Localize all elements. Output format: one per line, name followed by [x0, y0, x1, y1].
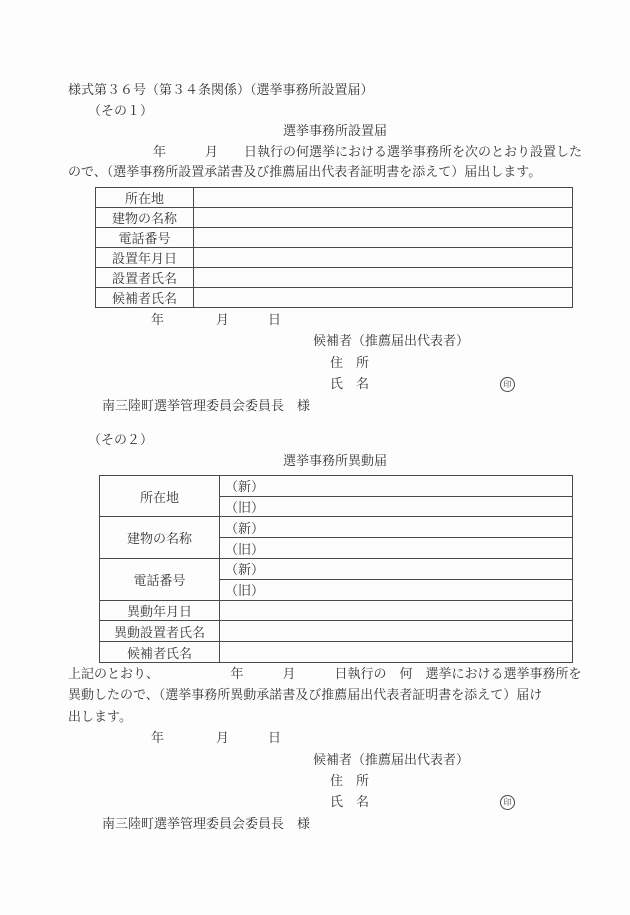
- row-label-building-name: 建物の名称: [100, 517, 220, 559]
- blank-field: [194, 208, 573, 228]
- s2-name-label: 氏 名: [330, 794, 369, 809]
- form-page: 様式第３６号（第３４条関係）（選挙事務所設置届） （その１） 選挙事務所設置届 …: [0, 0, 630, 915]
- row-label-candidate-name: 候補者氏名: [96, 288, 194, 308]
- s2-candidate-heading: 候補者（推薦届出代表者）: [66, 749, 604, 770]
- s2-intro-line2: 異動したので、（選挙事務所異動承諾書及び推薦届出代表者証明書を添えて）届け: [66, 684, 604, 705]
- form-number-line: 様式第３６号（第３４条関係）（選挙事務所設置届）: [66, 80, 604, 101]
- s1-name-line: 氏 名 印: [66, 373, 604, 394]
- old-field: （旧）: [220, 496, 573, 517]
- row-label-location: 所在地: [100, 475, 220, 517]
- row-label-phone: 電話番号: [100, 559, 220, 601]
- row-label-establisher-name: 設置者氏名: [96, 268, 194, 288]
- blank-field: [194, 188, 573, 208]
- row-label-phone: 電話番号: [96, 228, 194, 248]
- table-row: 候補者氏名: [96, 288, 573, 308]
- part1-title: 選挙事務所設置届: [66, 121, 604, 142]
- s1-name-label: 氏 名: [330, 376, 369, 391]
- s2-name-line: 氏 名 印: [66, 791, 604, 812]
- s2-intro-line3: 出します。: [66, 706, 604, 727]
- s1-addressee: 南三陸町選挙管理委員会委員長 様: [66, 395, 604, 416]
- s2-address-label: 住 所: [66, 770, 604, 791]
- row-label-establishment-date: 設置年月日: [96, 248, 194, 268]
- new-field: （新）: [220, 475, 573, 496]
- blank-field: [194, 228, 573, 248]
- s1-intro-line2: ので、（選挙事務所設置承諾書及び推薦届出代表者証明書を添えて）届出します。: [66, 162, 604, 183]
- seal-mark-icon: 印: [500, 377, 515, 392]
- s1-address-label: 住 所: [66, 352, 604, 373]
- table-row: 所在地 （新）: [100, 475, 573, 496]
- row-label-candidate-name: 候補者氏名: [100, 642, 220, 663]
- blank-field: [220, 600, 573, 621]
- old-field: （旧）: [220, 579, 573, 600]
- table-row: 建物の名称: [96, 208, 573, 228]
- part2-title: 選挙事務所異動届: [66, 450, 604, 471]
- s1-candidate-heading: 候補者（推薦届出代表者）: [66, 330, 604, 351]
- table-row: 候補者氏名: [100, 642, 573, 663]
- s1-intro-line1: 年 月 日執行の何選挙における選挙事務所を次のとおり設置した: [66, 142, 604, 163]
- s1-date-line: 年 月 日: [66, 309, 604, 330]
- row-label-building-name: 建物の名称: [96, 208, 194, 228]
- s2-intro-line1: 上記のとおり、 年 月 日執行の 何 選挙における選挙事務所を: [66, 663, 604, 684]
- table-row: 建物の名称 （新）: [100, 517, 573, 538]
- row-label-relocation-date: 異動年月日: [100, 600, 220, 621]
- blank-field: [220, 621, 573, 642]
- table-row: 異動設置者氏名: [100, 621, 573, 642]
- row-label-location: 所在地: [96, 188, 194, 208]
- old-field: （旧）: [220, 538, 573, 559]
- part2-label: （その２）: [66, 429, 604, 450]
- relocation-table: 所在地 （新） （旧） 建物の名称 （新） （旧） 電話番号 （新） （旧） 異…: [99, 475, 573, 663]
- table-row: 所在地: [96, 188, 573, 208]
- blank-field: [220, 642, 573, 663]
- blank-field: [194, 248, 573, 268]
- table-row: 異動年月日: [100, 600, 573, 621]
- new-field: （新）: [220, 517, 573, 538]
- part1-label: （その１）: [66, 101, 604, 122]
- blank-field: [194, 268, 573, 288]
- s2-date-line: 年 月 日: [66, 727, 604, 748]
- blank-field: [194, 288, 573, 308]
- table-row: 設置者氏名: [96, 268, 573, 288]
- seal-mark-icon: 印: [500, 795, 515, 810]
- table-row: 設置年月日: [96, 248, 573, 268]
- table-row: 電話番号 （新）: [100, 559, 573, 580]
- s2-addressee: 南三陸町選挙管理委員会委員長 様: [66, 813, 604, 834]
- establishment-table: 所在地 建物の名称 電話番号 設置年月日 設置者氏名 候補者氏名: [95, 187, 573, 308]
- row-label-relocation-establisher-name: 異動設置者氏名: [100, 621, 220, 642]
- table-row: 電話番号: [96, 228, 573, 248]
- new-field: （新）: [220, 559, 573, 580]
